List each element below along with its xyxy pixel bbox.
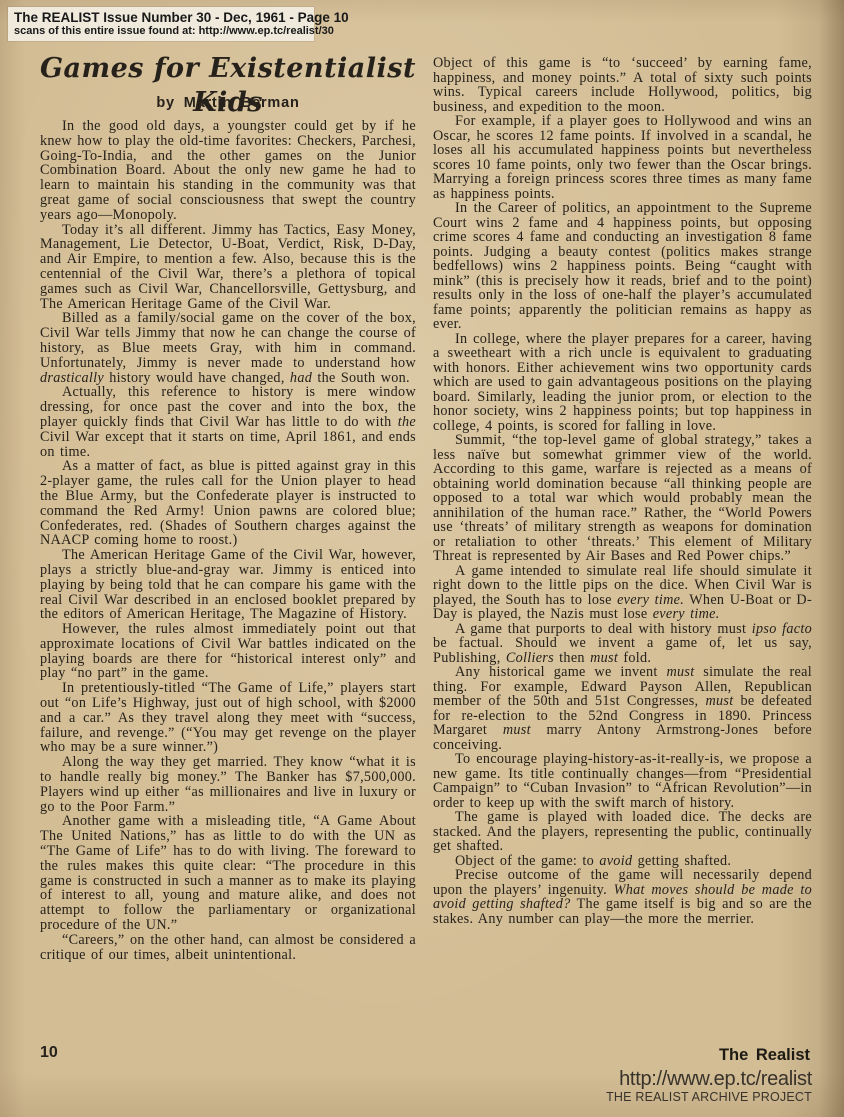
paragraph: For example, if a player goes to Hollywo… — [433, 114, 812, 201]
right-column: Object of this game is “to ‘succeed’ by … — [433, 56, 812, 926]
paragraph: Today it’s all different. Jimmy has Tact… — [40, 223, 416, 312]
paragraph: Actually, this reference to history is m… — [40, 385, 416, 459]
paragraph: However, the rules almost immediately po… — [40, 622, 416, 681]
article-byline: by Martin Berman — [40, 95, 416, 111]
paragraph: Billed as a family/social game on the co… — [40, 311, 416, 385]
archive-project-label: THE REALIST ARCHIVE PROJECT — [606, 1090, 812, 1105]
paragraph: In the Career of politics, an appointmen… — [433, 201, 812, 332]
archive-banner: The REALIST Issue Number 30 - Dec, 1961 … — [8, 7, 314, 41]
archive-url: http://www.ep.tc/realist — [606, 1068, 812, 1090]
paragraph: Another game with a misleading title, “A… — [40, 814, 416, 932]
paragraph: A game that purports to deal with histor… — [433, 622, 812, 666]
paragraph: In college, where the player prepares fo… — [433, 332, 812, 434]
archive-credit: http://www.ep.tc/realist THE REALIST ARC… — [606, 1068, 812, 1105]
paragraph: A game intended to simulate real life sh… — [433, 564, 812, 622]
paragraph: Precise outcome of the game will necessa… — [433, 868, 812, 926]
paragraph: In pretentiously-titled “The Game of Lif… — [40, 681, 416, 755]
paragraph: As a matter of fact, as blue is pitted a… — [40, 459, 416, 548]
paragraph: In the good old days, a youngster could … — [40, 119, 416, 223]
banner-scan-info: scans of this entire issue found at: htt… — [14, 25, 308, 37]
paragraph: Object of the game: to avoid getting sha… — [433, 854, 812, 869]
paragraph: Summit, “the top-level game of global st… — [433, 433, 812, 564]
left-column: In the good old days, a youngster could … — [40, 119, 416, 962]
paragraph: The American Heritage Game of the Civil … — [40, 548, 416, 622]
paragraph: The game is played with loaded dice. The… — [433, 810, 812, 854]
footer-magazine-name: The Realist — [719, 1046, 810, 1065]
paragraph: Along the way they get married. They kno… — [40, 755, 416, 814]
paragraph: To encourage playing-history-as-it-reall… — [433, 752, 812, 810]
paragraph: Any historical game we invent must simul… — [433, 665, 812, 752]
banner-issue-info: The REALIST Issue Number 30 - Dec, 1961 … — [14, 10, 308, 25]
magazine-page: The REALIST Issue Number 30 - Dec, 1961 … — [0, 0, 844, 1117]
footer-page-number: 10 — [40, 1044, 58, 1062]
paragraph: “Careers,” on the other hand, can almost… — [40, 933, 416, 963]
paragraph: Object of this game is “to ‘succeed’ by … — [433, 56, 812, 114]
